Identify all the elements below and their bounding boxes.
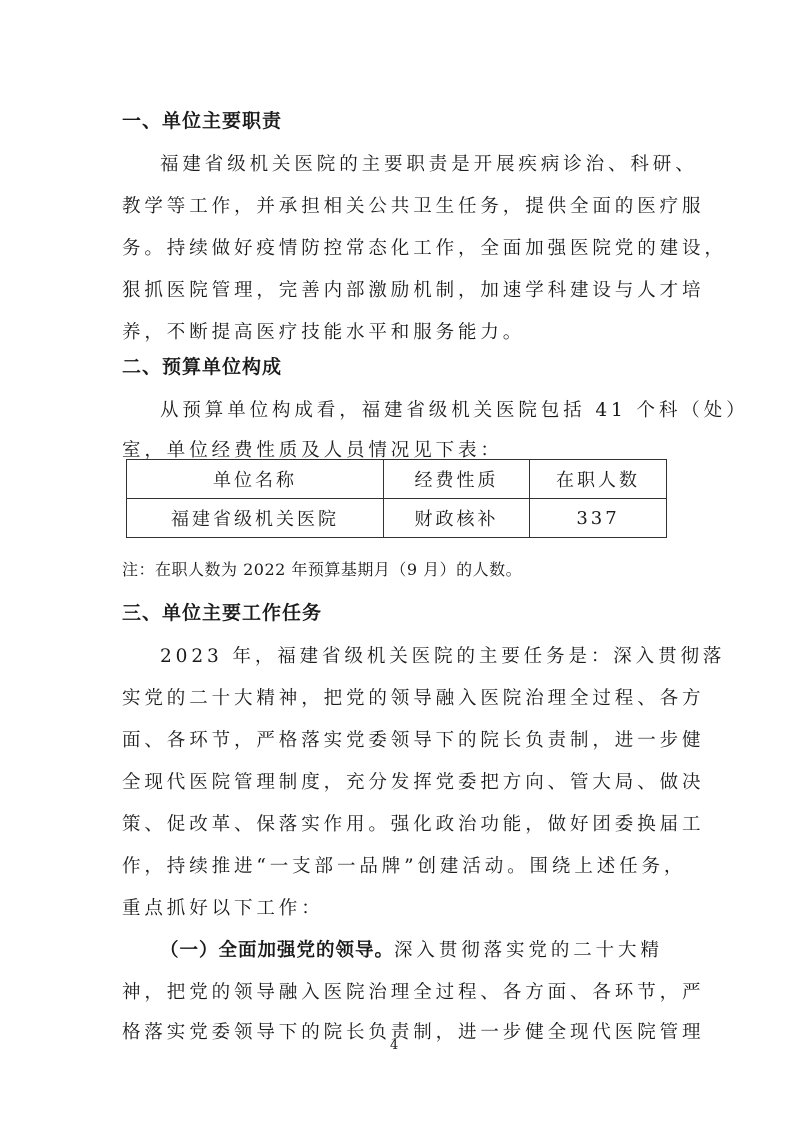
paragraph-line: 策、促改革、保落实作用。强化政治功能，做好团委换届工 (122, 810, 672, 836)
table-header-cell: 在职人数 (530, 460, 667, 499)
paragraph-line: 实党的二十大精神，把党的领导融入医院治理全过程、各方 (122, 684, 672, 710)
table-cell: 财政核补 (384, 499, 530, 538)
section-heading-responsibilities: 一、单位主要职责 (122, 106, 282, 133)
subsection-first-line: （一）全面加强党的领导。深入贯彻落实党的二十大精 (160, 936, 672, 962)
paragraph-line: 务。持续做好疫情防控常态化工作，全面加强医院党的建设， (122, 234, 672, 260)
paragraph-line: 福建省级机关医院的主要职责是开展疾病诊治、科研、 (160, 150, 672, 176)
document-page: 一、单位主要职责 福建省级机关医院的主要职责是开展疾病诊治、科研、 教学等工作，… (0, 0, 793, 1122)
paragraph-line: 狠抓医院管理，完善内部激励机制，加速学科建设与人才培 (122, 276, 672, 302)
table-header-cell: 经费性质 (384, 460, 530, 499)
subsection-text: 深入贯彻落实党的二十大精 (394, 940, 663, 961)
budget-unit-table: 单位名称 经费性质 在职人数 福建省级机关医院 财政核补 337 (126, 459, 667, 538)
paragraph-line: 面、各环节，严格落实党委领导下的院长负责制，进一步健 (122, 726, 672, 752)
paragraph-line: 神，把党的领导融入医院治理全过程、各方面、各环节，严 (122, 978, 672, 1004)
paragraph-line: 2023 年，福建省级机关医院的主要任务是：深入贯彻落 (160, 642, 672, 668)
page-number: 4 (390, 1038, 398, 1053)
table-row: 福建省级机关医院 财政核补 337 (127, 499, 667, 538)
table-cell: 337 (530, 499, 667, 538)
section-heading-budget-units: 二、预算单位构成 (122, 352, 282, 379)
paragraph-line: 教学等工作，并承担相关公共卫生任务，提供全面的医疗服 (122, 192, 672, 218)
paragraph-line: 养，不断提高医疗技能水平和服务能力。 (122, 318, 672, 344)
table-header-cell: 单位名称 (127, 460, 384, 499)
subsection-title: （一）全面加强党的领导。 (160, 940, 394, 961)
table-cell: 福建省级机关医院 (127, 499, 384, 538)
paragraph-line: 全现代医院管理制度，充分发挥党委把方向、管大局、做决 (122, 768, 672, 794)
paragraph-line: 重点抓好以下工作： (122, 894, 672, 920)
table-header-row: 单位名称 经费性质 在职人数 (127, 460, 667, 499)
table-note: 注：在职人数为 2022 年预算基期月（9 月）的人数。 (122, 557, 522, 580)
paragraph-line: 从预算单位构成看，福建省级机关医院包括 41 个科（处） (160, 396, 672, 422)
section-heading-main-tasks: 三、单位主要工作任务 (122, 598, 322, 625)
paragraph-line: 作，持续推进“一支部一品牌”创建活动。围绕上述任务， (122, 852, 672, 878)
